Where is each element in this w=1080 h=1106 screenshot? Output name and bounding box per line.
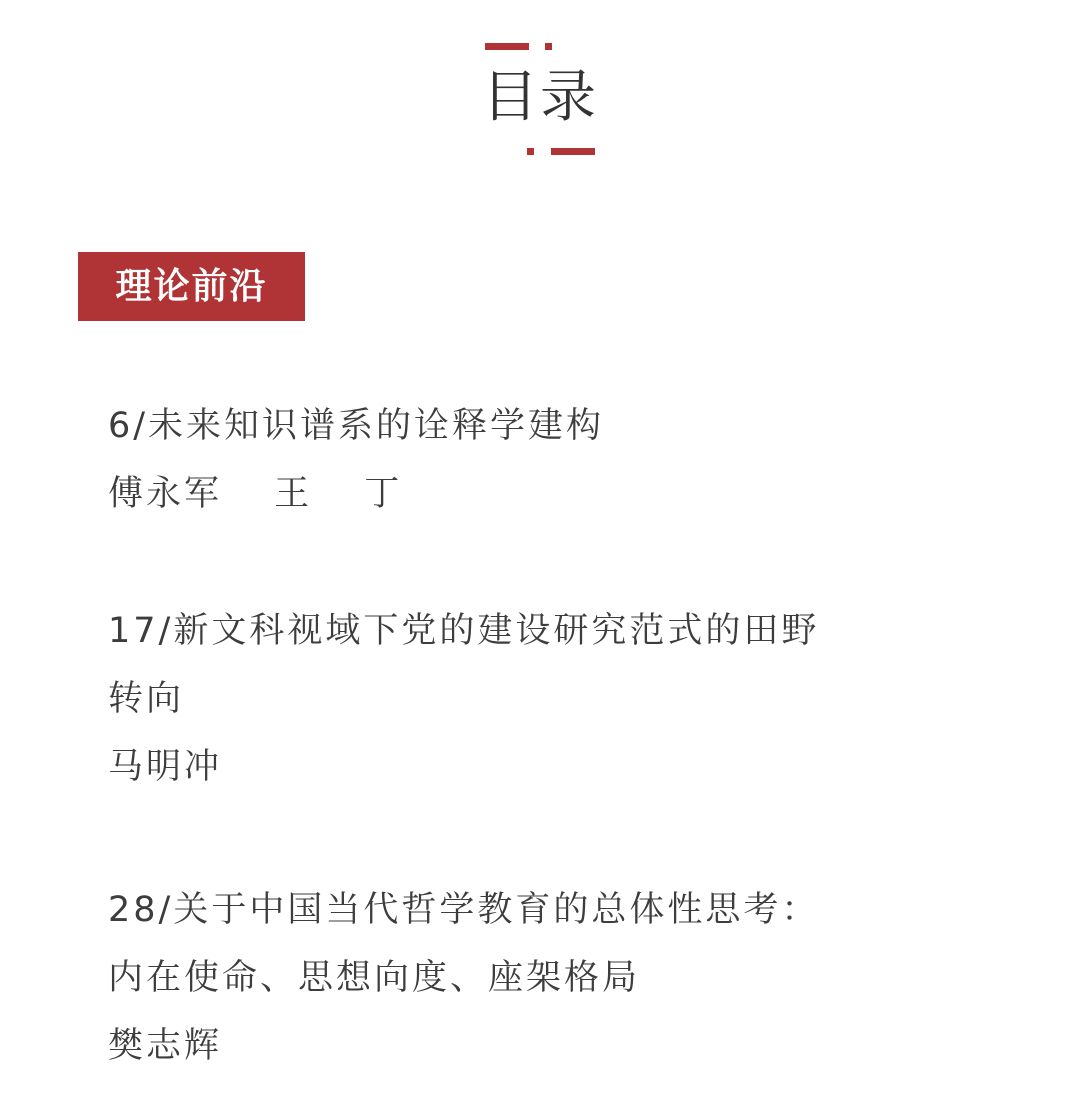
entry-title-continued: 内在使命、思想向度、座架格局: [108, 944, 819, 1012]
title-decoration-dot-top: [545, 43, 552, 50]
entry-title: 17/新文科视域下党的建设研究范式的田野: [108, 597, 819, 665]
entry-authors: 傅永军 王 丁: [108, 460, 604, 528]
entry-authors: 樊志辉: [108, 1012, 819, 1080]
toc-entry[interactable]: 17/新文科视域下党的建设研究范式的田野 转向 马明冲: [108, 597, 819, 801]
entry-title: 6/未来知识谱系的诠释学建构: [108, 392, 604, 460]
page-title: 目录: [0, 62, 1080, 134]
entry-title-continued: 转向: [108, 665, 819, 733]
title-decoration-dot-bottom: [527, 148, 534, 155]
toc-entry[interactable]: 6/未来知识谱系的诠释学建构 傅永军 王 丁: [108, 392, 604, 528]
title-decoration-bar-top: [485, 43, 529, 50]
entry-authors: 马明冲: [108, 733, 819, 801]
section-tag: 理论前沿: [78, 252, 305, 321]
entry-title: 28/关于中国当代哲学教育的总体性思考：: [108, 876, 819, 944]
toc-entry[interactable]: 28/关于中国当代哲学教育的总体性思考： 内在使命、思想向度、座架格局 樊志辉: [108, 876, 819, 1080]
title-decoration-bar-bottom: [551, 148, 595, 155]
